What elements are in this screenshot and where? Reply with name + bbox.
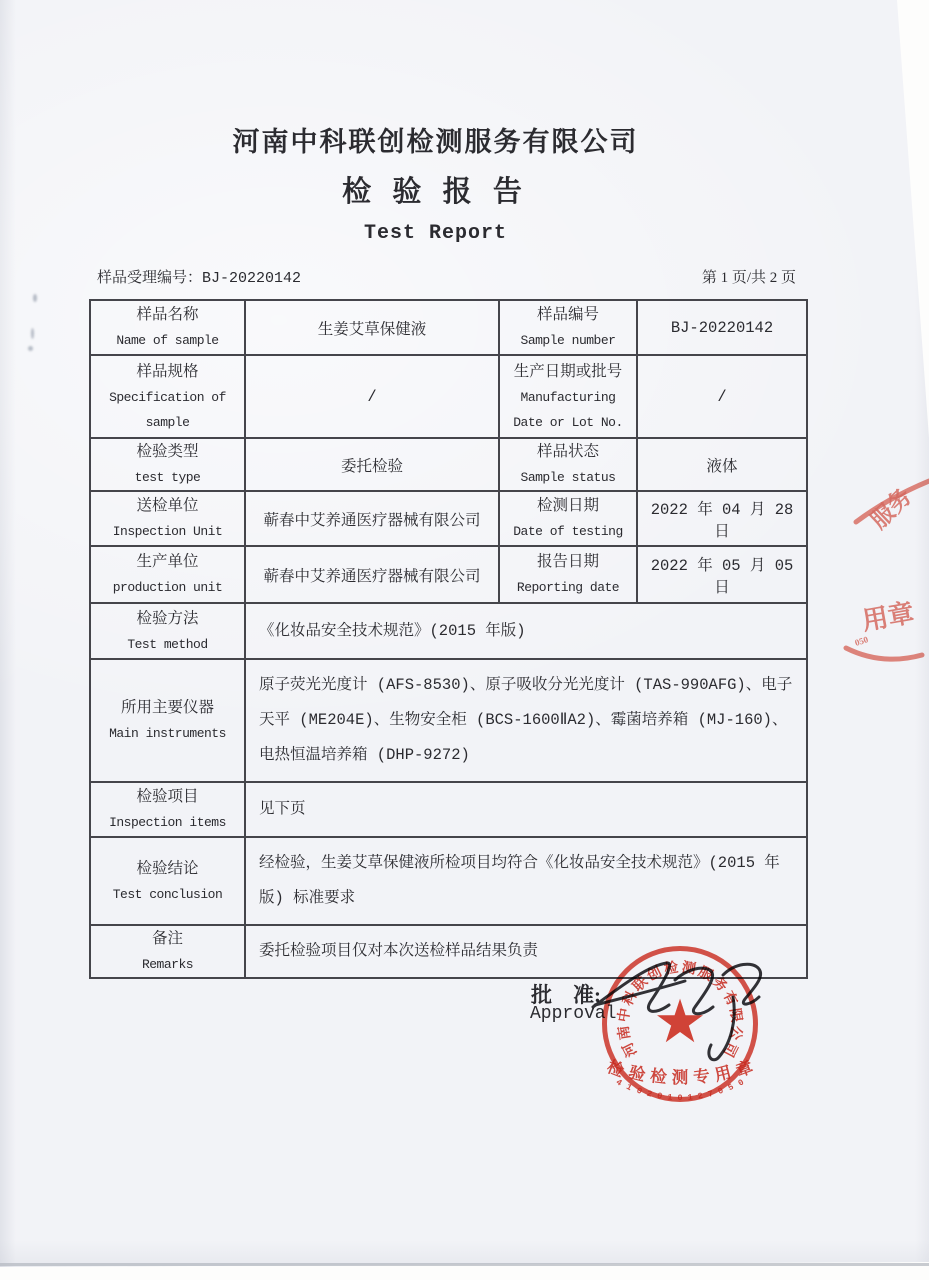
table-row: 样品名称 Name of sample 生姜艾草保健液 样品编号 Sample … [90,300,807,355]
cell-value: 蕲春中艾养通医疗器械有限公司 [245,546,499,603]
row-label: 送检单位 Inspection Unit [90,491,245,546]
cell-value: 见下页 [245,782,807,837]
row-label: 样品编号 Sample number [499,300,637,355]
label-cn: 样品规格 [95,359,240,385]
cell-value: 2022 年 04 月 28 日 [637,491,807,546]
label-cn: 样品编号 [504,302,632,328]
row-label: 报告日期 Reporting date [499,546,637,603]
label-en: Remarks [95,952,240,977]
label-cn: 检测日期 [504,493,632,519]
label-en: Specification of [95,385,240,410]
label-cn: 检验方法 [95,606,240,632]
sample-acceptance-number: 样品受理编号：BJ-20220142 [97,266,301,287]
scanned-test-report-page: 河南中科联创检测服务有限公司 检 验 报 告 Test Report 样品受理编… [0,0,929,1280]
edge-seal-text-lower: 用章 [860,597,916,636]
table-row: 所用主要仪器 Main instruments 原子荧光光度计 (AFS-853… [90,659,807,782]
table-row: 检验项目 Inspection items 见下页 [90,782,807,837]
label-en: Main instruments [95,721,240,746]
label-en: Test method [95,632,240,657]
label-en: Test conclusion [95,882,240,907]
approval-signature [555,935,795,1085]
cell-value: 委托检验 [245,438,499,491]
row-label: 样品状态 Sample status [499,438,637,491]
row-label: 备注 Remarks [90,925,245,978]
label-en: production unit [95,575,240,600]
label-en: Date or Lot No. [504,410,632,435]
row-label: 检验项目 Inspection items [90,782,245,837]
row-label: 检验类型 test type [90,438,245,491]
table-row: 样品规格 Specification of sample / 生产日期或批号 M… [90,355,807,438]
cell-value: 2022 年 05 月 05 日 [637,546,807,603]
label-cn: 样品状态 [504,439,632,465]
table-row: 检验类型 test type 委托检验 样品状态 Sample status 液… [90,438,807,491]
cell-value: / [637,355,807,438]
row-label: 生产日期或批号 Manufacturing Date or Lot No. [499,355,637,438]
cell-value: BJ-20220142 [637,300,807,355]
company-title: 河南中科联创检测服务有限公司 [77,120,794,159]
row-label: 样品名称 Name of sample [90,300,245,355]
seal-arc-char: 1 [667,1092,673,1102]
label-en: Sample status [504,465,632,490]
paper-speck [28,346,33,351]
label-en: Date of testing [504,519,632,544]
table-row: 生产单位 production unit 蕲春中艾养通医疗器械有限公司 报告日期… [90,546,807,603]
label-cn: 所用主要仪器 [95,695,240,721]
cell-value: 生姜艾草保健液 [245,300,499,355]
label-en: Name of sample [95,328,240,353]
label-cn: 样品名称 [95,302,240,328]
seal-arc-char: 0 [677,1093,682,1103]
report-title-cn: 检 验 报 告 [77,169,794,210]
paper-speck [33,294,37,302]
label-en: Sample number [504,328,632,353]
row-label: 检测日期 Date of testing [499,491,637,546]
cell-value: 液体 [637,438,807,491]
label-cn: 生产日期或批号 [504,359,632,385]
edge-partial-seal: 服务 用章 050 [842,468,929,668]
row-label: 检验方法 Test method [90,603,245,659]
label-en: sample [95,410,240,435]
table-row: 检验结论 Test conclusion 经检验，生姜艾草保健液所检项目均符合《… [90,837,807,925]
page-number: 第 1 页/共 2 页 [702,266,796,287]
label-cn: 送检单位 [95,493,240,519]
cell-value: 经检验，生姜艾草保健液所检项目均符合《化妆品安全技术规范》(2015 年版) 标… [245,837,807,925]
row-label: 所用主要仪器 Main instruments [90,659,245,782]
edge-seal-digits: 050 [854,634,870,648]
label-en: Inspection items [95,810,240,835]
seal-arc-char: 1 [687,1092,693,1102]
label-en: Inspection Unit [95,519,240,544]
label-cn: 备注 [95,926,240,952]
cell-value: 蕲春中艾养通医疗器械有限公司 [245,491,499,546]
table-row: 检验方法 Test method 《化妆品安全技术规范》(2015 年版) [90,603,807,659]
cell-value: 《化妆品安全技术规范》(2015 年版) [245,603,807,659]
label-en: Reporting date [504,575,632,600]
report-title-en: Test Report [77,222,794,245]
table-row: 送检单位 Inspection Unit 蕲春中艾养通医疗器械有限公司 检测日期… [90,491,807,546]
meta-line: 样品受理编号：BJ-20220142 第 1 页/共 2 页 [89,266,806,287]
label-cn: 检验项目 [95,784,240,810]
label-cn: 检验类型 [95,439,240,465]
row-label: 检验结论 Test conclusion [90,837,245,925]
label-en: Manufacturing [504,385,632,410]
row-label: 样品规格 Specification of sample [90,355,245,438]
report-table: 样品名称 Name of sample 生姜艾草保健液 样品编号 Sample … [89,299,808,979]
cell-value: 原子荧光光度计 (AFS-8530)、原子吸收分光光度计 (TAS-990AFG… [245,659,807,782]
label-cn: 生产单位 [95,549,240,575]
label-cn: 报告日期 [504,549,632,575]
page-bottom-edge [0,1263,929,1266]
paper-speck [31,328,34,339]
row-label: 生产单位 production unit [90,546,245,603]
label-en: test type [95,465,240,490]
cell-value: / [245,355,499,438]
label-cn: 检验结论 [95,856,240,882]
